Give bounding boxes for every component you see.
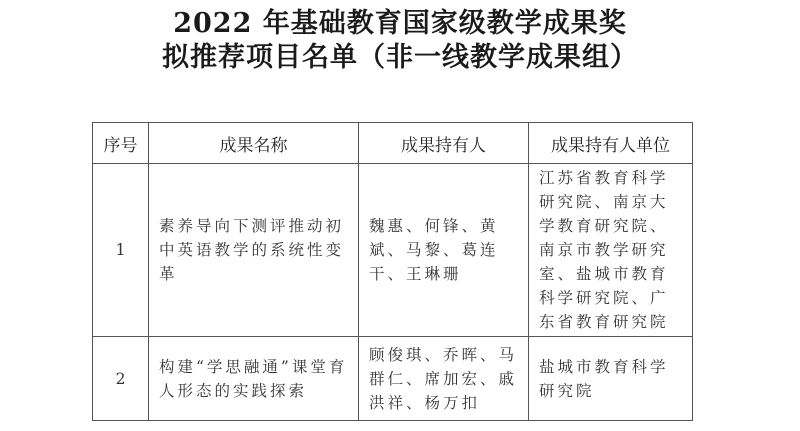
cell-holders: 魏惠、何锋、黄斌、马黎、葛连干、王琳珊 [359, 164, 529, 337]
document-title-line-2: 拟推荐项目名单（非一线教学成果组） [0, 40, 800, 76]
document-title-line-1: 2022 年基础教育国家级教学成果奖 [0, 6, 800, 42]
recommendation-table: 序号 成果名称 成果持有人 成果持有人单位 1 素养导向下测评推动初中英语教学的… [92, 122, 693, 421]
header-serial-number: 序号 [93, 123, 149, 164]
cell-serial-number: 2 [93, 337, 149, 421]
cell-achievement-name: 构建“学思融通”课堂育人形态的实践探索 [149, 337, 359, 421]
cell-holder-units: 盐城市教育科学研究院 [529, 337, 693, 421]
header-holder-units: 成果持有人单位 [529, 123, 693, 164]
table-row: 2 构建“学思融通”课堂育人形态的实践探索 顾俊琪、乔晖、马群仁、席加宏、戚洪祥… [93, 337, 693, 421]
table-header-row: 序号 成果名称 成果持有人 成果持有人单位 [93, 123, 693, 164]
header-holders: 成果持有人 [359, 123, 529, 164]
table-row: 1 素养导向下测评推动初中英语教学的系统性变革 魏惠、何锋、黄斌、马黎、葛连干、… [93, 164, 693, 337]
cell-serial-number: 1 [93, 164, 149, 337]
cell-achievement-name: 素养导向下测评推动初中英语教学的系统性变革 [149, 164, 359, 337]
cell-holders: 顾俊琪、乔晖、马群仁、席加宏、戚洪祥、杨万扣 [359, 337, 529, 421]
cell-holder-units: 江苏省教育科学研究院、南京大学教育研究院、南京市教学研究室、盐城市教育科学研究院… [529, 164, 693, 337]
header-achievement-name: 成果名称 [149, 123, 359, 164]
